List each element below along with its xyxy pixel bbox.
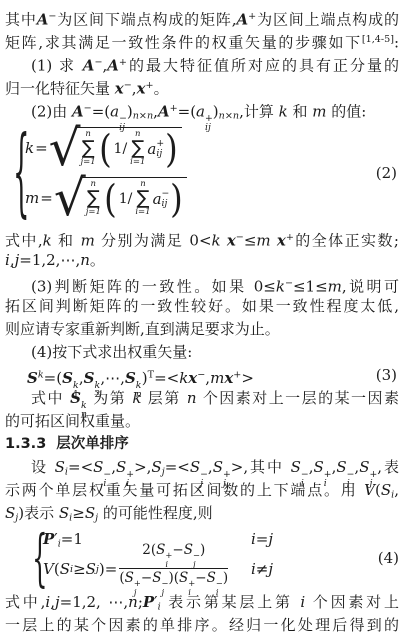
sum-lower-limit: j=1 <box>86 208 101 217</box>
text-run: + <box>119 57 127 68</box>
fraction-denominator: (S+j−S−j)(S+i−S−i) <box>119 568 228 596</box>
subscript: i <box>165 560 168 568</box>
text-run: ,⋯, <box>100 369 125 387</box>
text-run: m <box>210 369 224 387</box>
text-run: ,表 <box>377 458 399 476</box>
text-run: + <box>146 80 154 91</box>
sqrt-body: n ∑ j=1 ( 1/ n ∑ i=1 a −ij <box>82 177 187 220</box>
text-run: ,说明可 <box>342 277 399 295</box>
fraction: 2(S+i−S−j) (S+j−S−j)(S+i−S−i) <box>119 542 228 596</box>
section-heading: 1.3.3层次单排序 <box>5 433 399 456</box>
text-run: 为区间下端点构成的矩阵, <box>56 10 236 28</box>
text-line: 拓区间判断矩阵的一致性较好。如果一致性程度太低, <box>5 295 399 318</box>
case-condition: i=j <box>251 530 273 549</box>
text-run: S <box>5 504 15 522</box>
left-brace: { <box>13 118 21 229</box>
subscript: ij <box>156 149 162 158</box>
text-line: i,j=1,2,⋯,n。 <box>5 249 399 272</box>
sum-lower-limit: i=1 <box>135 208 150 217</box>
var-S: S <box>60 560 70 578</box>
equals-one: =1 <box>61 530 83 548</box>
text-run: S <box>55 458 65 476</box>
formula-3: Sk=(Sk1,Sk2,⋯,Skn)T=<kx−,mx+> (3) <box>5 364 399 387</box>
text-line: Sj)表示 Si≥Sj 的可能性程度,则 <box>5 502 399 525</box>
text-run: (3)判断矩阵的一致性。如果 0≤ <box>31 277 276 295</box>
text-line: 其中A−为区间下端点构成的矩阵,A+为区间上端点构成的 <box>5 5 399 28</box>
sigma-icon: ∑ <box>82 139 95 158</box>
sqrt-radical-icon: √ <box>49 128 81 168</box>
text-run: S <box>85 504 95 522</box>
text-run: S <box>213 458 223 476</box>
text-run: 和 <box>288 102 313 120</box>
subscript: j <box>134 588 137 596</box>
text-run: S <box>59 504 69 522</box>
sum-lower-limit: i=1 <box>130 158 145 167</box>
equation-system: k= √ n ∑ j=1 ( 1/ n ∑ i <box>25 126 187 220</box>
text-run: S <box>151 458 161 476</box>
text-run: 示两个单层权重矢量可拓区间数的上下端点。用 <box>5 481 364 499</box>
fraction-numerator: 2(S+i−S−j) <box>142 542 205 568</box>
text-run: S <box>116 458 126 476</box>
text-run: 式中, <box>5 231 43 249</box>
text-run: k <box>43 231 52 249</box>
text-run: ) <box>200 542 205 558</box>
var-P: P <box>43 530 54 548</box>
text-run: n×n <box>133 111 153 122</box>
text-run: A <box>107 56 119 74</box>
text-line: 设 Si=<S−i,S+i>,Sj=<S−j,S+j>,其中 S−i,S+i,S… <box>5 456 399 479</box>
text-run: 为区间上端点构成的 <box>256 10 399 28</box>
text-run: 层第 <box>142 389 187 407</box>
text-run: S <box>313 458 323 476</box>
text-run: (1) 求 <box>31 56 83 74</box>
text-run: − <box>141 570 152 586</box>
sigma-icon: ∑ <box>131 139 144 158</box>
formula-2: { k= √ n ∑ j=1 ( 1/ n <box>9 124 399 222</box>
text-run: x <box>224 369 233 387</box>
text-run: 。 <box>154 79 169 97</box>
text-run: =( <box>92 102 110 120</box>
equation-number: (3) <box>376 364 397 387</box>
text-run: n×n <box>219 111 239 122</box>
matrix-entry: a −ij <box>153 189 170 208</box>
text-run: A <box>158 102 170 120</box>
text-run: 。 <box>90 251 105 269</box>
text-run: S <box>27 369 38 387</box>
paper-page: 其中A−为区间下端点构成的矩阵,A+为区间上端点构成的 矩阵,求其满足一致性条件… <box>0 0 404 635</box>
text-run: 矩阵,求其满足一致性条件的权重矢量的步骤如下 <box>5 33 362 51</box>
sqrt-body: n ∑ j=1 ( 1/ n ∑ i=1 a +ij <box>77 127 182 170</box>
open-paren: ( <box>104 182 117 216</box>
text-run: 设 <box>31 458 55 476</box>
subscript: j <box>161 588 164 596</box>
text-run: − <box>285 278 293 289</box>
sup-sub-stack: −i <box>216 579 223 596</box>
text-run: =1,2, ⋯, <box>60 593 129 611</box>
text-run: S <box>84 369 95 387</box>
text-run: m <box>312 102 326 120</box>
text-run: > <box>241 369 254 387</box>
section-number: 1.3.3 <box>5 436 46 452</box>
matrix-entry: a +ij <box>147 139 164 158</box>
text-run: + <box>286 232 294 243</box>
text-run: S <box>291 458 301 476</box>
subscript: 2 <box>94 390 100 399</box>
text-run: 个因素对上一层的某一因素 <box>197 389 399 407</box>
text-line: 矩阵,求其满足一致性条件的权重矢量的步骤如下[1,4-5]: <box>5 28 399 51</box>
close-paren: ) <box>165 132 178 166</box>
sup-sub-stack: +ij <box>156 139 164 158</box>
text-line: (1) 求 A−,A+的最大特征值所对应的具有正分量的 <box>5 51 399 74</box>
var-a: a <box>147 140 156 158</box>
text-run: x <box>227 231 236 249</box>
text-run: + <box>170 103 178 114</box>
formula-4: { P′i=1 i=j V(Si≥Sj)= 2(S+i−S−j) (S+j−S−… <box>29 529 399 587</box>
text-run: =( <box>44 369 62 387</box>
text-run: S <box>125 369 136 387</box>
equation-k: k= √ n ∑ j=1 ( 1/ n ∑ i <box>25 126 187 170</box>
text-run: =< <box>165 458 190 476</box>
text-run: m <box>81 231 95 249</box>
text-run: − <box>195 570 206 586</box>
one-over: 1/ <box>119 191 133 207</box>
text-run: A <box>37 10 49 28</box>
text-run: x <box>277 231 286 249</box>
text-run: k <box>212 231 221 249</box>
text-line: 一层上的某个因素的单排序。经归一化处理后得到的 <box>5 614 399 635</box>
geq-sign: ≥ <box>73 560 86 578</box>
sup-sub-stack: −j <box>193 551 200 568</box>
text-run: : <box>394 33 399 51</box>
text-run: S <box>156 542 165 558</box>
var-S: S <box>86 560 96 578</box>
text-run: 2( <box>142 542 156 558</box>
text-run: 分别为满足 0< <box>95 231 212 249</box>
left-brace: { <box>32 522 40 593</box>
text-run: ≤1≤ <box>293 277 328 295</box>
text-run: n <box>80 251 90 269</box>
sqrt-expression: √ n ∑ j=1 ( 1/ n ∑ i=1 <box>49 127 182 170</box>
text-run: 式中, <box>5 593 45 611</box>
text-run: 其中 <box>5 10 37 28</box>
one-over: 1/ <box>114 141 128 157</box>
text-run: 的最大特征值所对应的具有正分量的 <box>127 56 399 74</box>
text-line: 则应请专家重新判断,直到满足要求为止。 <box>5 318 399 341</box>
text-run: )( <box>168 570 179 586</box>
text-line: 的可拓区间权重量。 <box>5 410 399 433</box>
text-run: 的可拓区间权重量。 <box>5 412 140 430</box>
sum-inner: n ∑ i=1 <box>135 180 150 217</box>
text-run: k <box>276 277 285 295</box>
text-run: =( <box>178 102 196 120</box>
sum-lower-limit: j=1 <box>81 158 96 167</box>
text-run: 的可能性程度,则 <box>98 504 213 522</box>
text-run: >, <box>134 458 151 476</box>
text-run: 拓区间判断矩阵的一致性较好。如果一致性程度太低, <box>5 297 399 315</box>
case-condition: i≠j <box>251 560 273 578</box>
text-run: x <box>137 79 146 97</box>
text-run: 和 <box>52 231 81 249</box>
text-run: S <box>62 369 73 387</box>
text-run: S <box>190 458 200 476</box>
text-run: S <box>125 570 134 586</box>
subscript: j <box>193 560 196 568</box>
text-run: 的全体正实数; <box>294 231 399 249</box>
text-run: k <box>179 369 188 387</box>
close-paren: ) <box>170 182 183 216</box>
equals-sign: = <box>40 189 53 207</box>
text-run: S <box>184 542 193 558</box>
text-run: + <box>248 11 256 22</box>
equation-number: (4) <box>378 549 399 567</box>
text-run: )表示 <box>18 504 59 522</box>
text-run: , <box>394 481 399 499</box>
text-line: 示两个单层权重矢量可拓区间数的上下端点。用 V(Si, <box>5 479 399 502</box>
sum-inner: n ∑ i=1 <box>130 130 145 167</box>
formula-3-expression: Sk=(Sk1,Sk2,⋯,Skn)T=<kx−,mx+> <box>27 369 254 387</box>
text-run: V <box>364 481 375 499</box>
case-2: V(Si≥Sj)= 2(S+i−S−j) (S+j−S−j)(S+i−S−i) … <box>43 552 399 586</box>
text-run: k <box>279 102 288 120</box>
text-run: a <box>196 102 205 120</box>
case-system: P′i=1 i=j V(Si≥Sj)= 2(S+i−S−j) (S+j−S−j)… <box>43 530 399 586</box>
subscript: i <box>216 588 219 596</box>
equals-sign: = <box>105 560 118 578</box>
sigma-icon: ∑ <box>87 189 100 208</box>
equation-number: (2) <box>376 164 397 182</box>
text-run: S <box>179 570 188 586</box>
text-run: ≤ <box>244 231 257 249</box>
text-run: ,计算 <box>239 102 279 120</box>
text-run: >,其中 <box>231 458 291 476</box>
text-run: S <box>381 481 391 499</box>
text-run: 个因素对上 <box>305 593 399 611</box>
subscript: n <box>136 390 142 399</box>
text-run: ≥ <box>72 504 85 522</box>
text-run: S <box>336 458 346 476</box>
sup-sub-stack: +j <box>134 579 141 596</box>
text-run: =< <box>68 458 93 476</box>
text-run: 的值: <box>326 102 366 120</box>
text-run: − <box>124 80 132 91</box>
text-run: m <box>328 277 342 295</box>
section-title: 层次单排序 <box>56 436 129 452</box>
text-run: [1,4-5] <box>362 34 394 45</box>
text-run: − <box>236 232 244 243</box>
text-run: S <box>93 458 103 476</box>
text-run: ) <box>223 570 228 586</box>
sqrt-radical-icon: √ <box>54 178 86 218</box>
text-run: − <box>172 542 183 558</box>
open-paren: ( <box>99 132 112 166</box>
text-run: S <box>152 570 161 586</box>
text-run: 一层上的某个因素的单排序。经归一化处理后得到的 <box>5 616 399 634</box>
sup-sub-stack: −ij <box>162 189 170 208</box>
text-run: S <box>207 570 216 586</box>
case-1-expression: P′i=1 <box>43 530 83 548</box>
text-run: a <box>110 102 119 120</box>
text-line: (4)按下式求出权重矢量: <box>5 341 399 364</box>
sum-outer: n ∑ j=1 <box>86 180 101 217</box>
subscript: i <box>188 588 191 596</box>
subscript: 1 <box>73 390 79 399</box>
text-line: 式中 Skn 为第 k 层第 n 个因素对上一层的某一因素 <box>5 387 399 410</box>
text-run: 归一化特征矢量 <box>5 79 115 97</box>
text-run: n <box>187 389 197 407</box>
text-line: 归一化特征矢量 x−,x+。 <box>5 74 399 97</box>
text-run: A <box>83 56 95 74</box>
text-line: (3)判断矩阵的一致性。如果 0≤k−≤1≤m,说明可 <box>5 272 399 295</box>
text-run: − <box>84 103 92 114</box>
text-run: S <box>359 458 369 476</box>
sqrt-expression: √ n ∑ j=1 ( 1/ n ∑ i=1 <box>54 177 187 220</box>
sum-outer: n ∑ j=1 <box>81 130 96 167</box>
text-run: =< <box>154 369 179 387</box>
equation-m: m= √ n ∑ j=1 ( 1/ n ∑ i <box>25 176 187 220</box>
var-a: a <box>153 190 162 208</box>
text-run: =1,2,⋯, <box>19 251 80 269</box>
text-run: A <box>237 10 249 28</box>
equals-sign: = <box>35 139 48 157</box>
sigma-icon: ∑ <box>137 189 150 208</box>
text-run: (4)按下式求出权重矢量: <box>31 343 192 361</box>
text-run: m <box>256 231 270 249</box>
text-run: 式中 <box>31 389 70 407</box>
text-line: 式中,k 和 m 分别为满足 0<k x−≤m x+的全体正实数; <box>5 226 399 249</box>
text-run: x <box>115 79 124 97</box>
text-run: 则应请专家重新判断,直到满足要求为止。 <box>5 320 280 338</box>
var-V: V <box>43 560 54 578</box>
text-run: x <box>188 369 197 387</box>
text-line: (2)由 A−=(a−ij)n×n,A+=(a+ij)n×n,计算 k 和 m … <box>5 97 399 120</box>
subscript: ij <box>162 199 168 208</box>
